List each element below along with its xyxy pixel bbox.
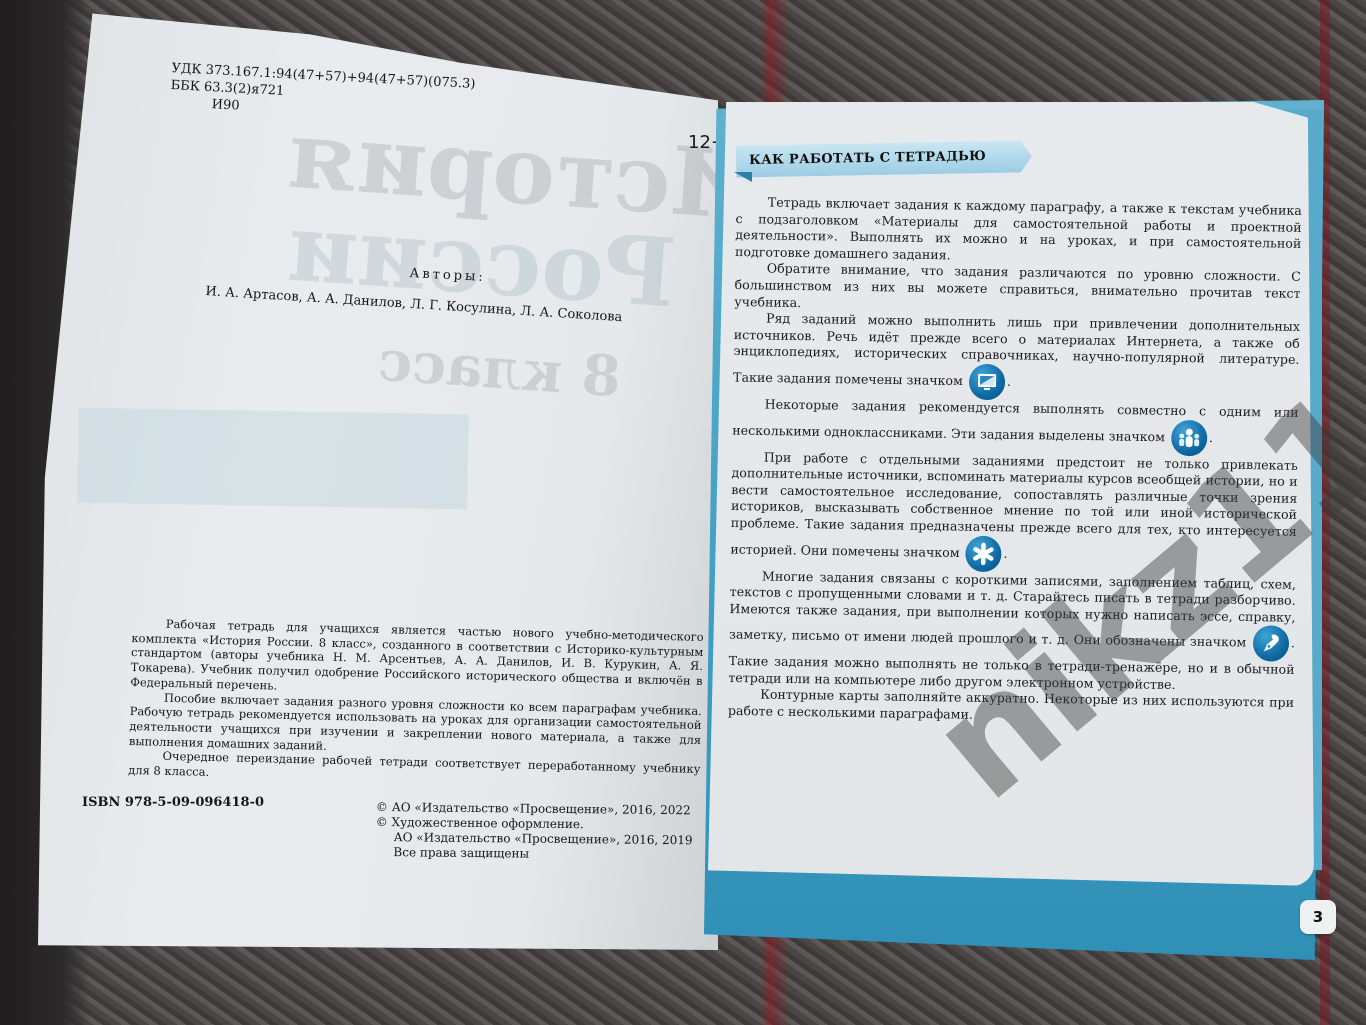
annotation-paragraph: Рабочая тетрадь для учащихся является ча… bbox=[130, 616, 704, 703]
instructions-text: Тетрадь включает задания к каждому параг… bbox=[728, 194, 1302, 728]
instruction-paragraph: Тетрадь включает задания к каждому параг… bbox=[735, 194, 1302, 269]
page-number: 3 bbox=[1300, 900, 1336, 934]
ghost-title-line-3: 8 класс bbox=[376, 328, 623, 411]
instruction-paragraph: Ряд заданий можно выполнить лишь при при… bbox=[733, 310, 1300, 405]
instruction-paragraph: Многие задания связаны с короткими запис… bbox=[728, 567, 1296, 695]
instruction-paragraph: Обратите внимание, что задания различают… bbox=[734, 260, 1301, 319]
instruction-paragraph: При работе с отдельными заданиями предст… bbox=[730, 448, 1298, 576]
ghost-cover-band bbox=[77, 408, 469, 510]
pen-nib-icon bbox=[1253, 625, 1290, 662]
computer-icon bbox=[969, 364, 1006, 401]
copyright-block: © АО «Издательство «Просвещение», 2016, … bbox=[375, 800, 693, 863]
group-icon bbox=[1171, 419, 1208, 456]
instruction-paragraph: Некоторые задания рекомендуется выполнят… bbox=[732, 396, 1299, 457]
asterisk-icon bbox=[965, 535, 1002, 572]
isbn: ISBN 978-5-09-096418-0 bbox=[82, 795, 264, 810]
annotation: Рабочая тетрадь для учащихся является ча… bbox=[128, 616, 704, 792]
